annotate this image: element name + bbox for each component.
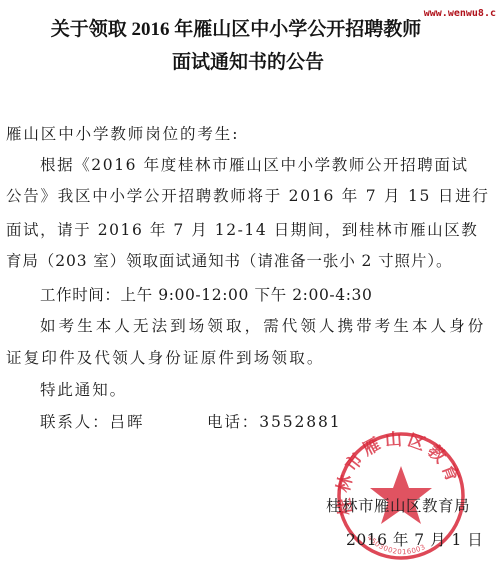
paragraph2-line2: 证复印件及代领人身份证原件到场领取。 (6, 346, 325, 368)
notice-title-line1: 关于领取 2016 年雁山区中小学公开招聘教师 (0, 14, 484, 41)
paragraph1-line4: 育局（203 室）领取面试通知书（请准备一张小 2 寸照片）。 (6, 249, 452, 271)
office-hours: 工作时间：上午 9:00-12:00 下午 2:00-4:30 (40, 283, 372, 305)
paragraph1-line2: 公告》我区中小学公开招聘教师将于 2016 年 7 月 15 日进行 (6, 184, 490, 206)
paragraph1-line3: 面试，请于 2016 年 7 月 12-14 日期间，到桂林市雁山区教 (6, 218, 478, 240)
contact-phone: 电话：3552881 (207, 410, 342, 432)
issue-date: 2016 年 7 月 1 日 (346, 528, 483, 550)
salutation: 雁山区中小学教师岗位的考生: (6, 122, 239, 144)
closing-note: 特此通知。 (40, 378, 127, 400)
paragraph1-line1: 根据《2016 年度桂林市雁山区中小学教师公开招聘面试 (40, 153, 469, 175)
issuing-organization: 桂林市雁山区教育局 (326, 494, 470, 516)
paragraph2-line1: 如考生本人无法到场领取，需代领人携带考生本人身份 (40, 314, 486, 336)
notice-title-line2: 面试通知书的公告 (0, 47, 496, 74)
contact-person: 联系人：吕晖 (40, 410, 144, 432)
